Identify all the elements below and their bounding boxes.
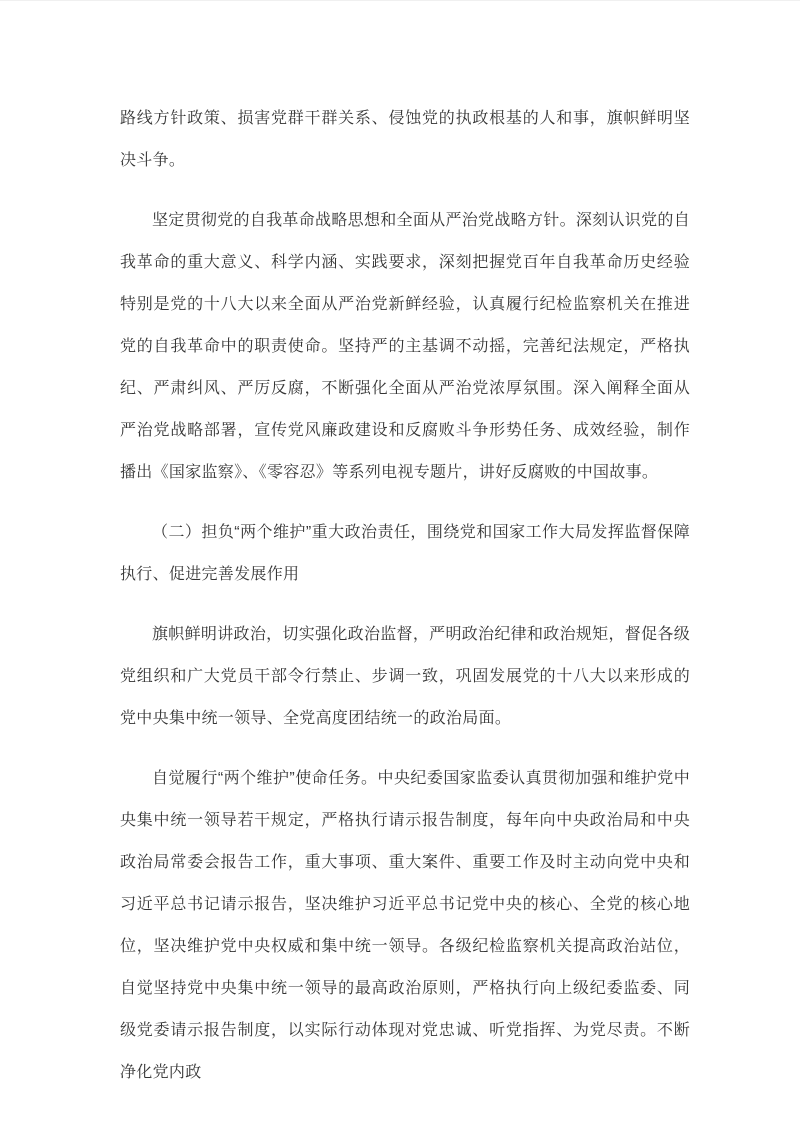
page-top-edge-divider — [0, 0, 800, 1]
paragraph-continuation: 路线方针政策、损害党群干群关系、侵蚀党的执政根基的人和事，旗帜鲜明坚决斗争。 — [120, 98, 690, 182]
paragraph-self-revolution: 坚定贯彻党的自我革命战略思想和全面从严治党战略方针。深刻认识党的自我革命的重大意… — [120, 200, 690, 494]
document-text-block: 路线方针政策、损害党群干群关系、侵蚀党的执政根基的人和事，旗帜鲜明坚决斗争。 坚… — [120, 98, 690, 1112]
document-page: 路线方针政策、损害党群干群关系、侵蚀党的执政根基的人和事，旗帜鲜明坚决斗争。 坚… — [0, 0, 800, 1131]
paragraph-political-supervision: 旗帜鲜明讲政治，切实强化政治监督，严明政治纪律和政治规矩，督促各级党组织和广大党… — [120, 614, 690, 740]
paragraph-two-upholds-mission: 自觉履行“两个维护”使命任务。中央纪委国家监委认真贯彻加强和维护党中央集中统一领… — [120, 758, 690, 1094]
section-heading-two-upholds: （二）担负“两个维护”重大政治责任，围绕党和国家工作大局发挥监督保障执行、促进完… — [120, 512, 690, 596]
